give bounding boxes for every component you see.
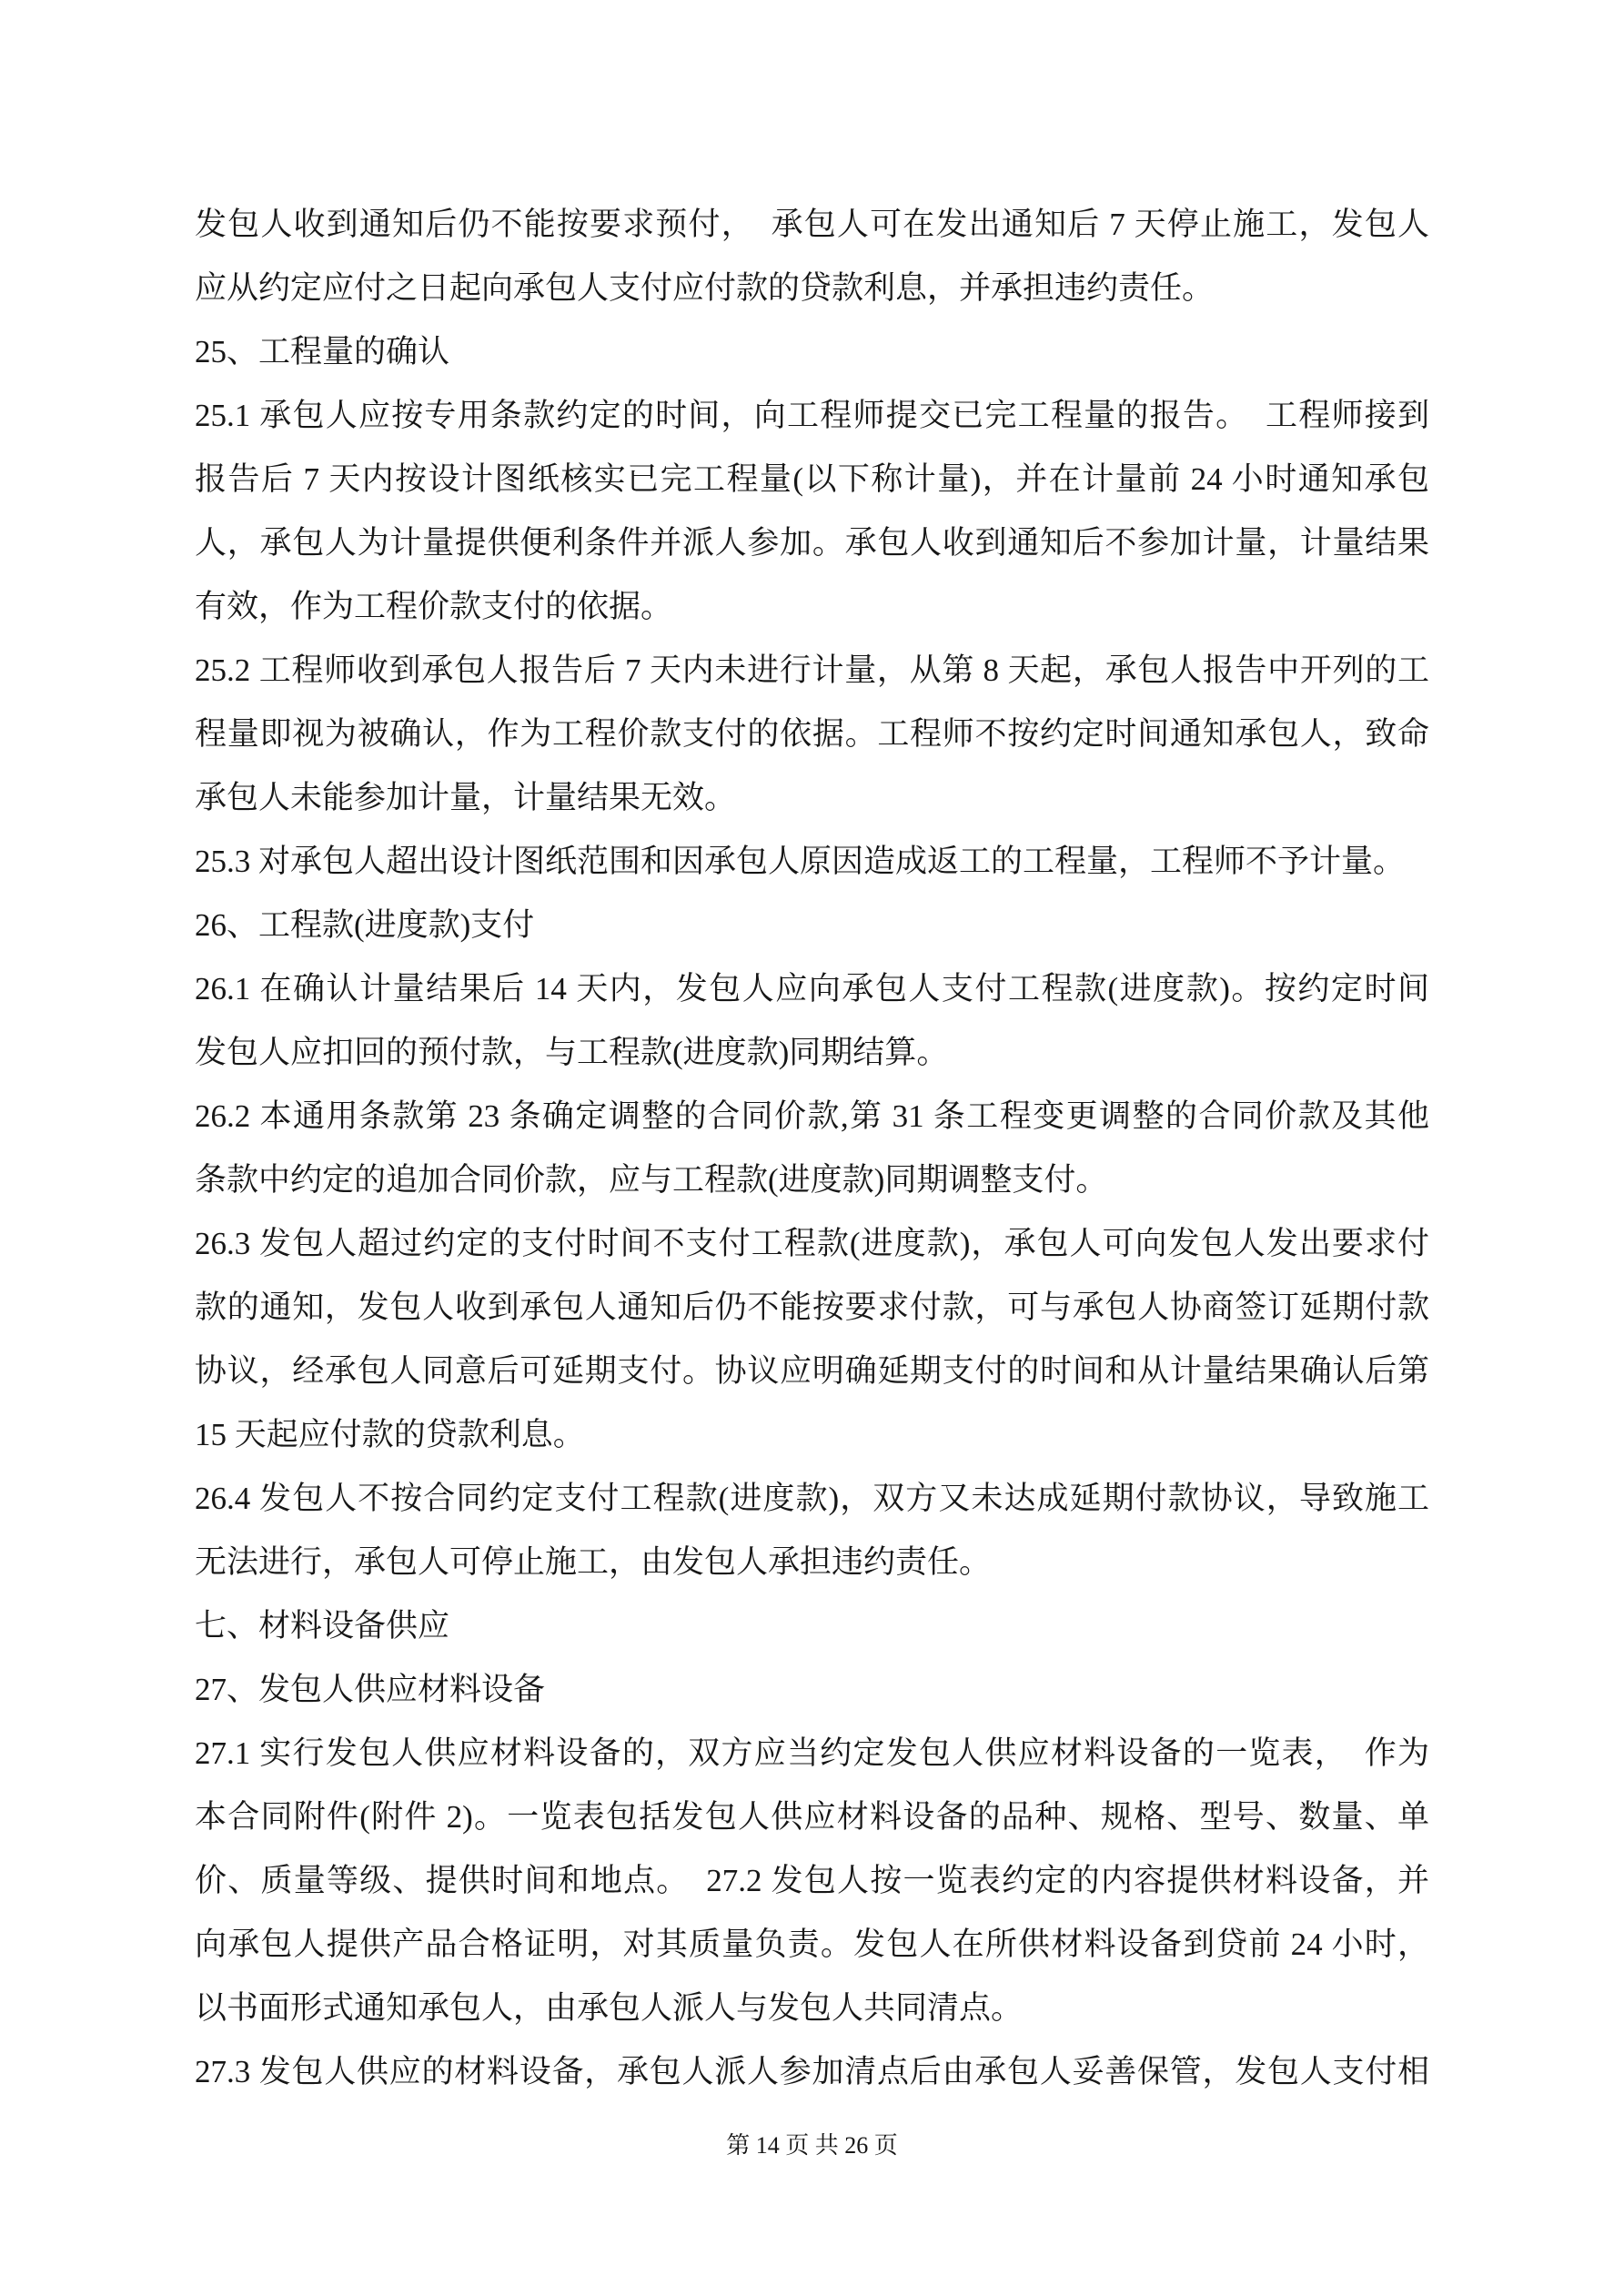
text-line: 27.1 实行发包人供应材料设备的，双方应当约定发包人供应材料设备的一览表， 作… (195, 1722, 1429, 1785)
text-line: 25.2 工程师收到承包人报告后 7 天内未进行计量，从第 8 天起，承包人报告… (195, 639, 1429, 703)
text-line: 26.3 发包人超过约定的支付时间不支付工程款(进度款)，承包人可向发包人发出要… (195, 1212, 1429, 1276)
text-line: 26.1 在确认计量结果后 14 天内，发包人应向承包人支付工程款(进度款)。按… (195, 957, 1429, 1021)
page-footer: 第 14 页 共 26 页 (0, 2128, 1624, 2164)
text-line: 程量即视为被确认，作为工程价款支付的依据。工程师不按约定时间通知承包人，致命 (195, 703, 1429, 766)
section-heading: 七、材料设备供应 (195, 1594, 1429, 1658)
text-line: 款的通知，发包人收到承包人通知后仍不能按要求付款，可与承包人协商签订延期付款 (195, 1276, 1429, 1340)
text-line: 应从约定应付之日起向承包人支付应付款的贷款利息，并承担违约责任。 (195, 257, 1429, 320)
text-line: 报告后 7 天内按设计图纸核实已完工程量(以下称计量)，并在计量前 24 小时通… (195, 448, 1429, 511)
text-line: 向承包人提供产品合格证明，对其质量负责。发包人在所供材料设备到贷前 24 小时， (195, 1913, 1429, 1977)
text-line: 承包人未能参加计量，计量结果无效。 (195, 766, 1429, 830)
text-line: 有效，作为工程价款支付的依据。 (195, 575, 1429, 639)
text-line: 发包人收到通知后仍不能按要求预付， 承包人可在发出通知后 7 天停止施工，发包人 (195, 193, 1429, 257)
page-number-label: 第 14 页 共 26 页 (726, 2132, 898, 2159)
text-line: 27.3 发包人供应的材料设备，承包人派人参加清点后由承包人妥善保管，发包人支付… (195, 2040, 1429, 2104)
text-line: 人，承包人为计量提供便利条件并派人参加。承包人收到通知后不参加计量，计量结果 (195, 511, 1429, 575)
text-line: 25.1 承包人应按专用条款约定的时间，向工程师提交已完工程量的报告。 工程师接… (195, 384, 1429, 448)
section-heading: 25、工程量的确认 (195, 320, 1429, 384)
text-line: 本合同附件(附件 2)。一览表包括发包人供应材料设备的品种、规格、型号、数量、单 (195, 1785, 1429, 1849)
text-line: 25.3 对承包人超出设计图纸范围和因承包人原因造成返工的工程量，工程师不予计量… (195, 830, 1429, 894)
text-line: 26.4 发包人不按合同约定支付工程款(进度款)，双方又未达成延期付款协议，导致… (195, 1467, 1429, 1531)
text-line: 发包人应扣回的预付款，与工程款(进度款)同期结算。 (195, 1021, 1429, 1085)
text-line: 协议，经承包人同意后可延期支付。协议应明确延期支付的时间和从计量结果确认后第 (195, 1340, 1429, 1403)
text-line: 价、质量等级、提供时间和地点。 27.2 发包人按一览表约定的内容提供材料设备，… (195, 1849, 1429, 1913)
text-line: 条款中约定的追加合同价款，应与工程款(进度款)同期调整支付。 (195, 1148, 1429, 1212)
text-line: 无法进行，承包人可停止施工，由发包人承担违约责任。 (195, 1531, 1429, 1594)
text-line: 15 天起应付款的贷款利息。 (195, 1403, 1429, 1467)
section-heading: 26、工程款(进度款)支付 (195, 894, 1429, 957)
document-page: 发包人收到通知后仍不能按要求预付， 承包人可在发出通知后 7 天停止施工，发包人… (0, 0, 1624, 2296)
document-body: 发包人收到通知后仍不能按要求预付， 承包人可在发出通知后 7 天停止施工，发包人… (195, 193, 1429, 2104)
section-heading: 27、发包人供应材料设备 (195, 1658, 1429, 1722)
text-line: 以书面形式通知承包人，由承包人派人与发包人共同清点。 (195, 1977, 1429, 2040)
text-line: 26.2 本通用条款第 23 条确定调整的合同价款,第 31 条工程变更调整的合… (195, 1085, 1429, 1148)
